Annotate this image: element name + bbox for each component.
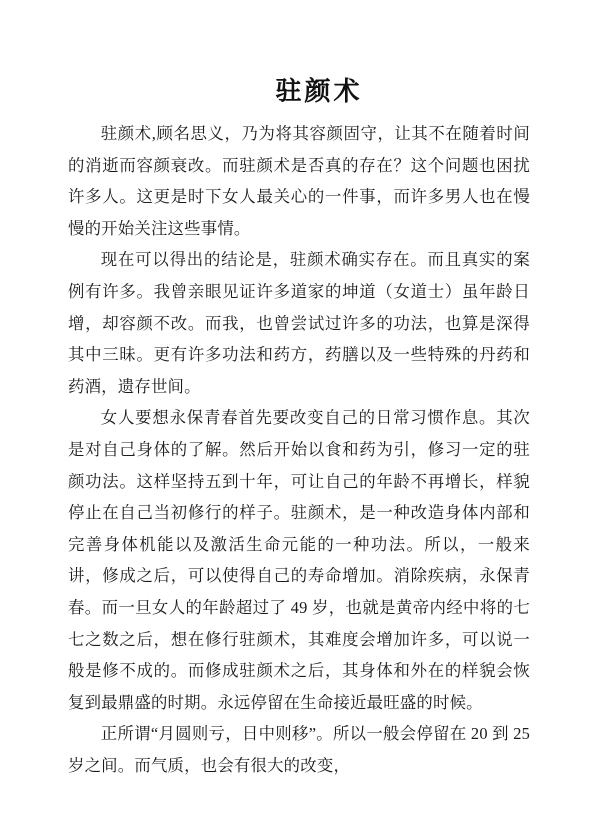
paragraph-method: 女人要想永保青春首先要改变自己的日常习惯作息。其次是对自己身体的了解。然后开始以… xyxy=(68,402,530,718)
paragraph-proverb: 正所谓“月圆则亏，日中则移”。所以一般会停留在 20 到 25 岁之间。而气质，… xyxy=(68,718,530,781)
document-title: 驻颜术 xyxy=(68,76,530,108)
paragraph-intro: 驻颜术,顾名思义，乃为将其容颜固守，让其不在随着时间的消逝而容颜衰改。而驻颜术是… xyxy=(68,118,530,244)
document-page: 驻颜术 驻颜术,顾名思义，乃为将其容颜固守，让其不在随着时间的消逝而容颜衰改。而… xyxy=(0,0,596,834)
paragraph-conclusion-exists: 现在可以得出的结论是，驻颜术确实存在。而且真实的案例有许多。我曾亲眼见证许多道家… xyxy=(68,244,530,402)
